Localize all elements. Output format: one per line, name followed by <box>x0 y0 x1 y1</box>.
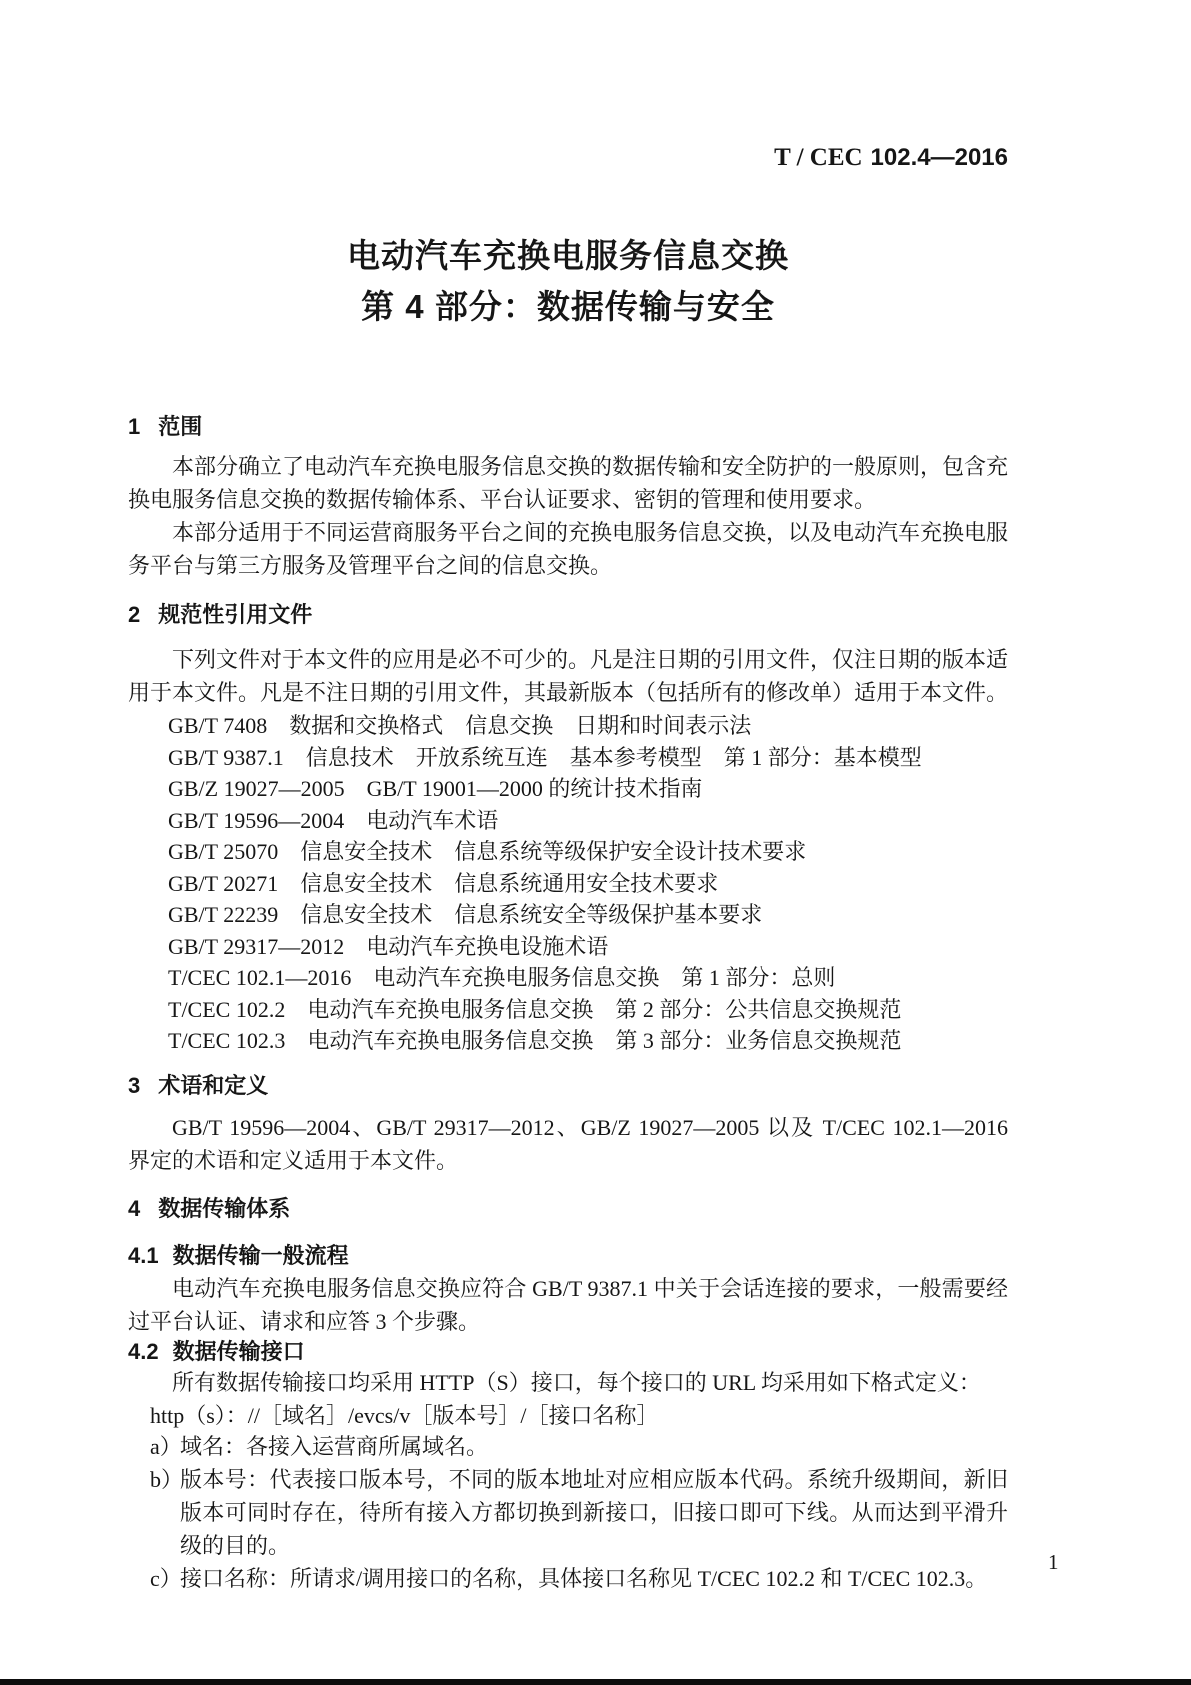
page-number: 1 <box>1048 1549 1059 1575</box>
standard-code-prefix: T / CEC <box>774 144 862 171</box>
section-4-2-number: 4.2 <box>128 1337 159 1366</box>
reference-item: GB/Z 19027—2005 GB/T 19001—2000 的统计技术指南 <box>128 773 1008 805</box>
section-4-number: 4 <box>128 1194 140 1223</box>
list-item-c-text: 接口名称：所请求/调用接口的名称，具体接口名称见 T/CEC 102.2 和 T… <box>180 1566 987 1591</box>
reference-item: GB/T 22239 信息安全技术 信息系统安全等级保护基本要求 <box>128 899 1008 931</box>
reference-item: GB/T 7408 数据和交换格式 信息交换 日期和时间表示法 <box>128 710 1008 742</box>
section-4-1-paragraph: 电动汽车充换电服务信息交换应符合 GB/T 9387.1 中关于会话连接的要求，… <box>128 1272 1008 1338</box>
section-1-paragraph-1: 本部分确立了电动汽车充换电服务信息交换的数据传输和安全防护的一般原则，包含充换电… <box>128 450 1008 516</box>
reference-item: GB/T 20271 信息安全技术 信息系统通用安全技术要求 <box>128 868 1008 900</box>
section-4-2-paragraph: 所有数据传输接口均采用 HTTP（S）接口，每个接口的 URL 均采用如下格式定… <box>128 1366 1008 1399</box>
reference-item: GB/T 25070 信息安全技术 信息系统等级保护安全设计技术要求 <box>128 836 1008 868</box>
section-4-1-number: 4.1 <box>128 1241 159 1270</box>
list-item-b-text: 版本号：代表接口版本号，不同的版本地址对应相应版本代码。系统升级期间，新旧版本可… <box>180 1467 1008 1558</box>
reference-item: GB/T 19596—2004 电动汽车术语 <box>128 805 1008 837</box>
list-item-c: c） 接口名称：所请求/调用接口的名称，具体接口名称见 T/CEC 102.2 … <box>128 1562 1008 1595</box>
section-4-title: 数据传输体系 <box>158 1196 290 1221</box>
reference-item: T/CEC 102.3 电动汽车充换电服务信息交换 第 3 部分：业务信息交换规… <box>128 1025 1008 1057</box>
normative-references-list: GB/T 7408 数据和交换格式 信息交换 日期和时间表示法 GB/T 938… <box>128 710 1008 1057</box>
standard-code-number: 102.4—2016 <box>871 144 1008 171</box>
section-1-number: 1 <box>128 412 140 441</box>
section-2-title: 规范性引用文件 <box>158 602 312 627</box>
reference-item: T/CEC 102.1—2016 电动汽车充换电服务信息交换 第 1 部分：总则 <box>128 962 1008 994</box>
section-3-number: 3 <box>128 1071 140 1100</box>
list-item-a-marker: a） <box>150 1430 182 1463</box>
section-4-2-title: 数据传输接口 <box>173 1339 305 1364</box>
interface-definition-list: a） 域名：各接入运营商所属域名。 b） 版本号：代表接口版本号，不同的版本地址… <box>128 1430 1008 1595</box>
document-page: T / CEC 102.4—2016 电动汽车充换电服务信息交换 第 4 部分：… <box>0 0 1191 1685</box>
section-1-heading: 1范围 <box>128 412 1008 441</box>
section-3-title: 术语和定义 <box>158 1073 268 1098</box>
section-1-title: 范围 <box>158 414 202 439</box>
document-title-line2: 第 4 部分：数据传输与安全 <box>128 281 1008 332</box>
section-4-2-heading: 4.2数据传输接口 <box>128 1337 1008 1366</box>
list-item-a: a） 域名：各接入运营商所属域名。 <box>128 1430 1008 1463</box>
scan-edge-artifact <box>0 1679 1191 1685</box>
list-item-b-marker: b） <box>150 1463 183 1496</box>
section-4-1-heading: 4.1数据传输一般流程 <box>128 1241 1008 1270</box>
section-1-paragraph-2: 本部分适用于不同运营商服务平台之间的充换电服务信息交换，以及电动汽车充换电服务平… <box>128 516 1008 582</box>
section-2-intro: 下列文件对于本文件的应用是必不可少的。凡是注日期的引用文件，仅注日期的版本适用于… <box>128 643 1008 709</box>
list-item-b: b） 版本号：代表接口版本号，不同的版本地址对应相应版本代码。系统升级期间，新旧… <box>128 1463 1008 1562</box>
section-2-number: 2 <box>128 600 140 629</box>
list-item-c-marker: c） <box>150 1562 182 1595</box>
section-3-paragraph: GB/T 19596—2004、GB/T 29317—2012、GB/Z 190… <box>128 1111 1008 1177</box>
section-4-1-title: 数据传输一般流程 <box>173 1243 349 1268</box>
url-format-line: http（s）：//［域名］/evcs/v［版本号］/［接口名称］ <box>128 1399 1030 1432</box>
document-title: 电动汽车充换电服务信息交换 第 4 部分：数据传输与安全 <box>128 230 1008 332</box>
section-4-heading: 4数据传输体系 <box>128 1194 1008 1223</box>
running-head: T / CEC 102.4—2016 <box>128 144 1008 172</box>
document-title-line1: 电动汽车充换电服务信息交换 <box>128 230 1008 281</box>
section-2-heading: 2规范性引用文件 <box>128 600 1008 629</box>
section-3-heading: 3术语和定义 <box>128 1071 1008 1100</box>
reference-item: T/CEC 102.2 电动汽车充换电服务信息交换 第 2 部分：公共信息交换规… <box>128 994 1008 1026</box>
reference-item: GB/T 29317—2012 电动汽车充换电设施术语 <box>128 931 1008 963</box>
reference-item: GB/T 9387.1 信息技术 开放系统互连 基本参考模型 第 1 部分：基本… <box>128 742 1008 774</box>
list-item-a-text: 域名：各接入运营商所属域名。 <box>180 1434 488 1459</box>
